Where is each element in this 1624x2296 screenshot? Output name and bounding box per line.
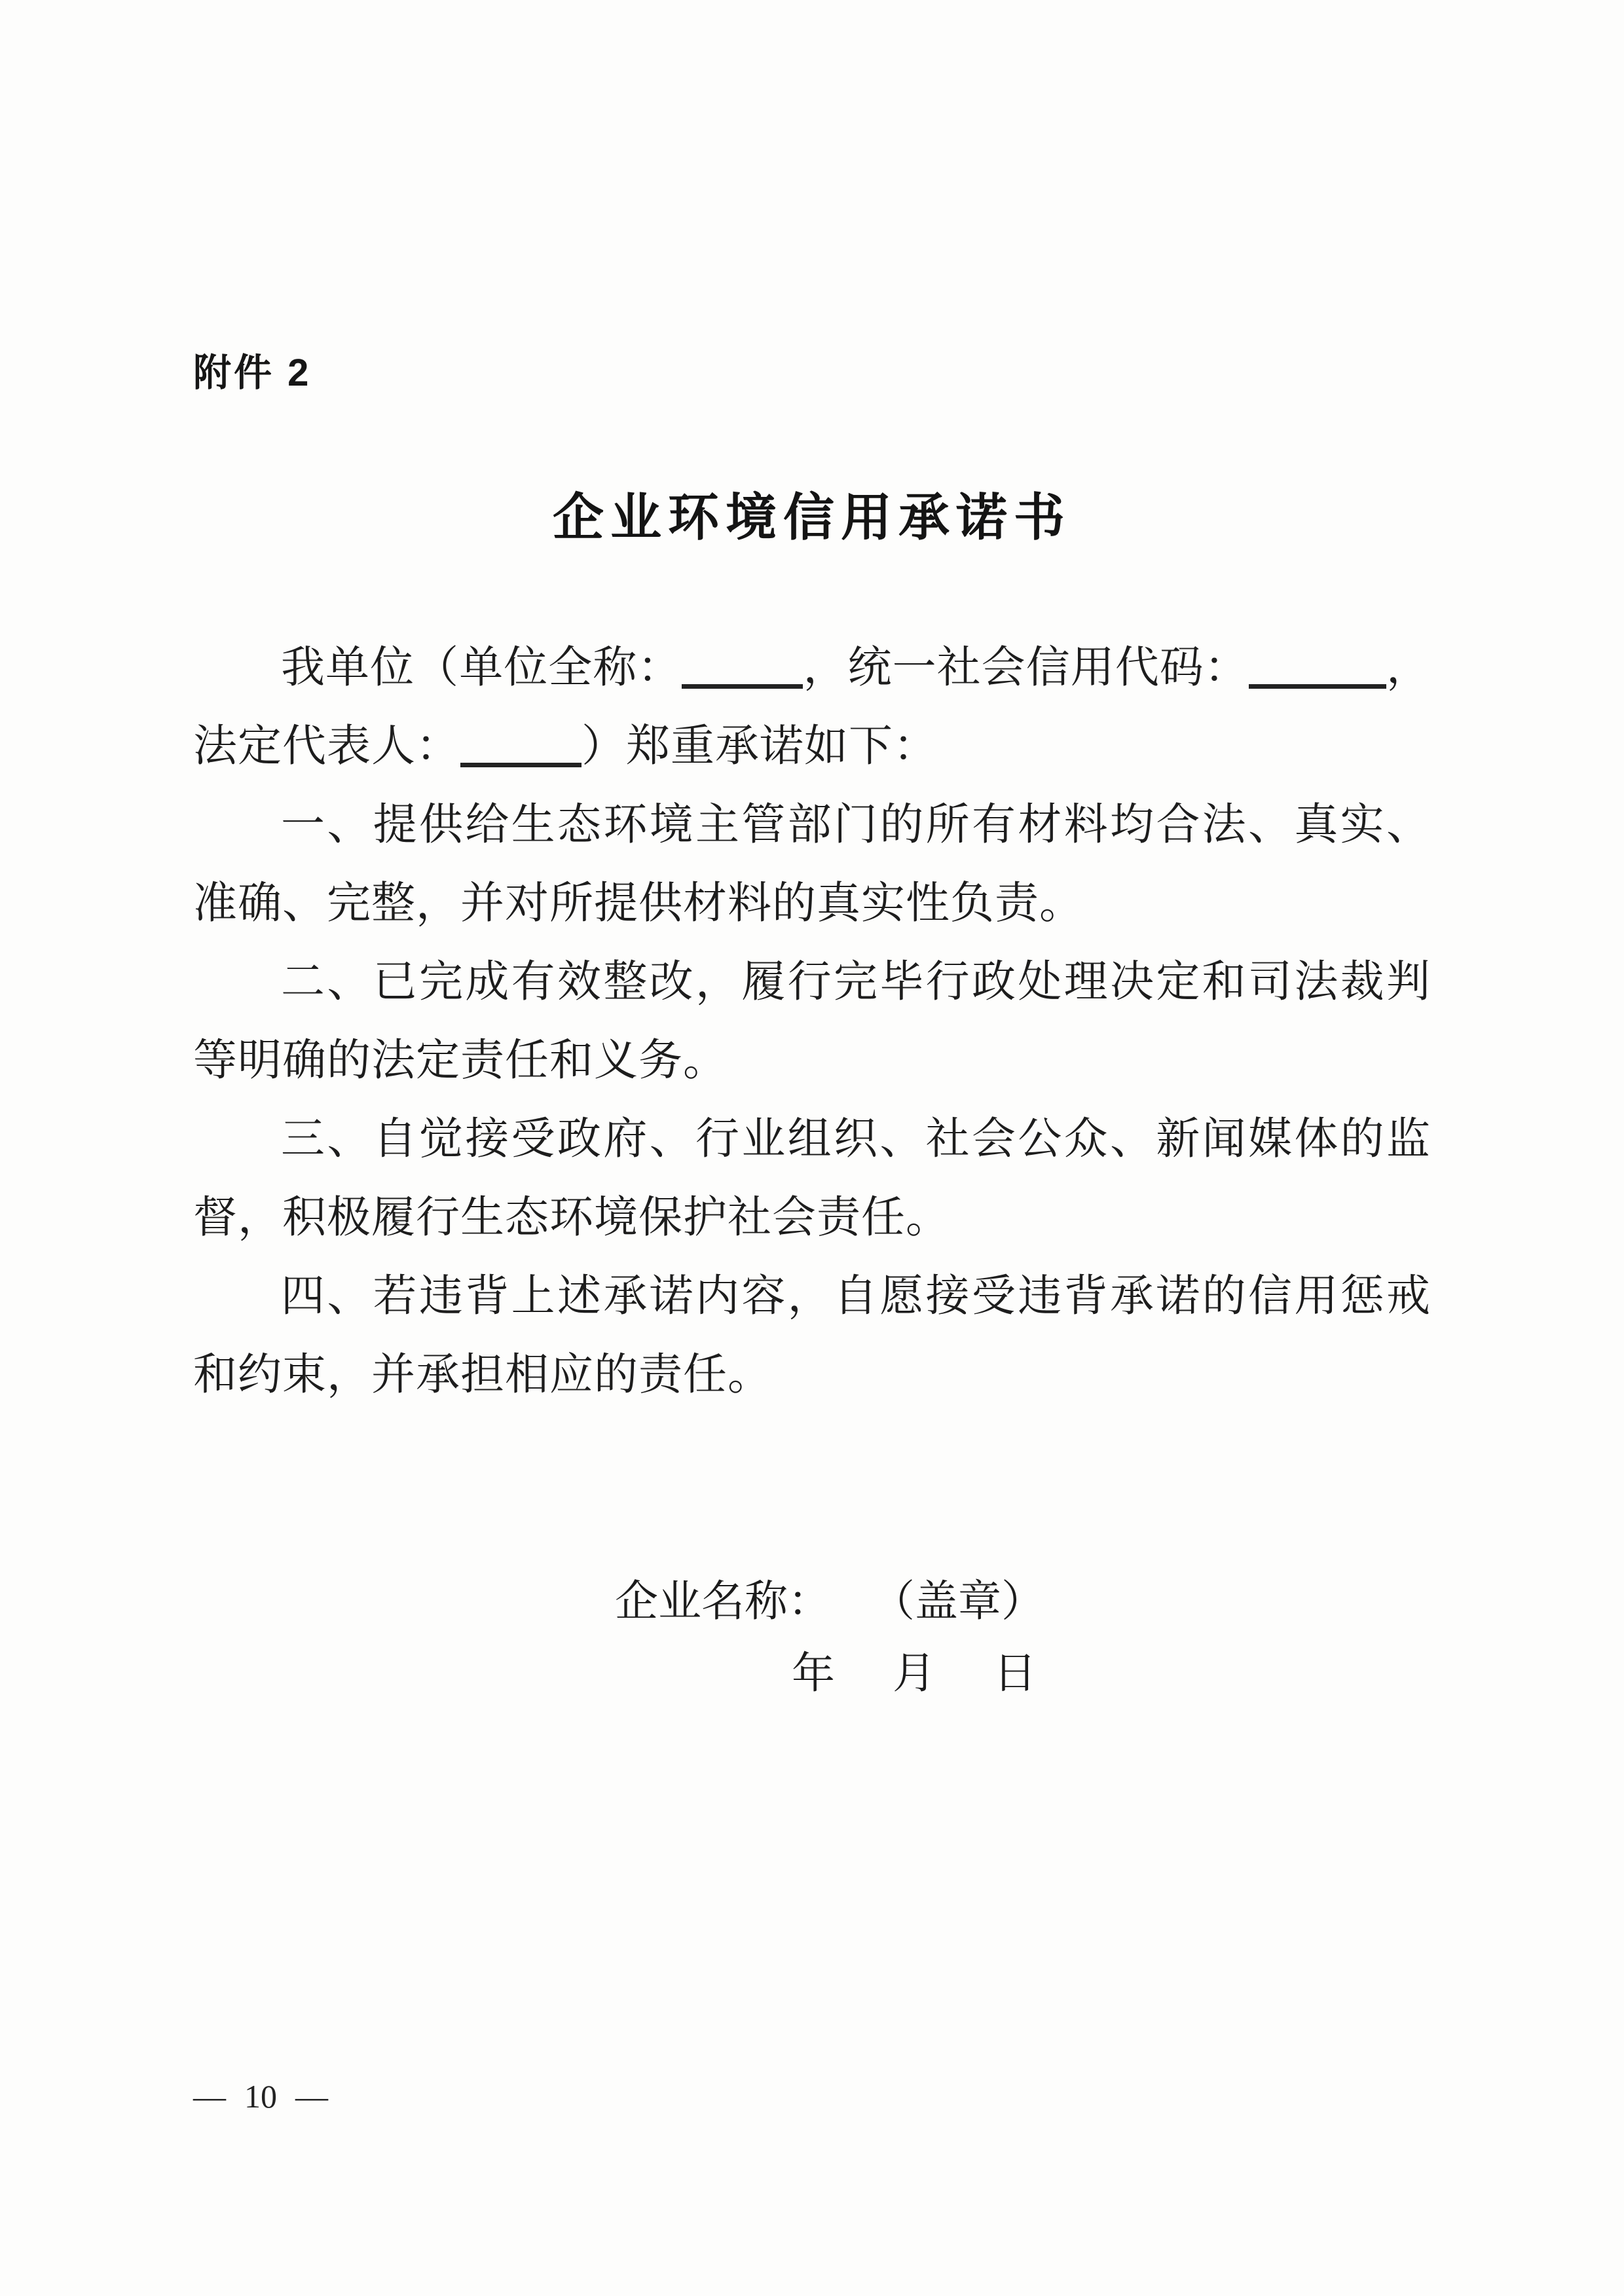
date-year-label: 年 xyxy=(792,1638,835,1710)
seal-label: （盖章） xyxy=(872,1566,1044,1638)
clause-4: 四、若违背上述承诺内容，自愿接受违背承诺的信用惩戒和约束，并承担相应的责任。 xyxy=(193,1257,1431,1414)
attachment-label: 附件 2 xyxy=(193,350,1431,396)
intro-text-company-label: 我单位（单位全称： xyxy=(281,644,682,692)
document-title: 企业环境信用承诺书 xyxy=(193,488,1431,548)
date-month-label: 月 xyxy=(893,1638,936,1710)
intro-text-credit-code-label: ，统一社会信用代码： xyxy=(803,644,1249,692)
signature-company-line: 企业名称： （盖章） xyxy=(615,1566,1044,1638)
blank-company-full-name xyxy=(682,646,803,689)
document-page: 附件 2 企业环境信用承诺书 我单位（单位全称：，统一社会信用代码：，法定代表人… xyxy=(0,0,1624,2296)
blank-legal-representative xyxy=(460,725,581,767)
page-number: — 10 — xyxy=(193,2077,328,2116)
document-content: 附件 2 企业环境信用承诺书 我单位（单位全称：，统一社会信用代码：，法定代表人… xyxy=(0,0,1624,1710)
intro-text-commitment-lead-in: ）郑重承诺如下： xyxy=(581,722,938,771)
clause-1: 一、提供给生态环境主管部门的所有材料均合法、真实、准确、完整，并对所提供材料的真… xyxy=(193,786,1431,943)
page-number-value: 10 xyxy=(244,2077,277,2116)
clause-2: 二、已完成有效整改，履行完毕行政处理决定和司法裁判等明确的法定责任和义务。 xyxy=(193,943,1431,1100)
page-number-right-dash: — xyxy=(295,2077,328,2116)
blank-unified-social-credit-code xyxy=(1249,646,1386,689)
signature-block: 企业名称： （盖章） 年 月 日 xyxy=(615,1566,1044,1710)
document-body: 我单位（单位全称：，统一社会信用代码：，法定代表人：）郑重承诺如下： 一、提供给… xyxy=(193,629,1431,1414)
company-name-label: 企业名称： xyxy=(615,1566,831,1638)
date-day-label: 日 xyxy=(993,1638,1037,1710)
intro-paragraph: 我单位（单位全称：，统一社会信用代码：，法定代表人：）郑重承诺如下： xyxy=(193,629,1431,786)
signature-date-line: 年 月 日 xyxy=(615,1638,1044,1710)
page-number-left-dash: — xyxy=(193,2077,226,2116)
clause-3: 三、自觉接受政府、行业组织、社会公众、新闻媒体的监督，积极履行生态环境保护社会责… xyxy=(193,1100,1431,1257)
